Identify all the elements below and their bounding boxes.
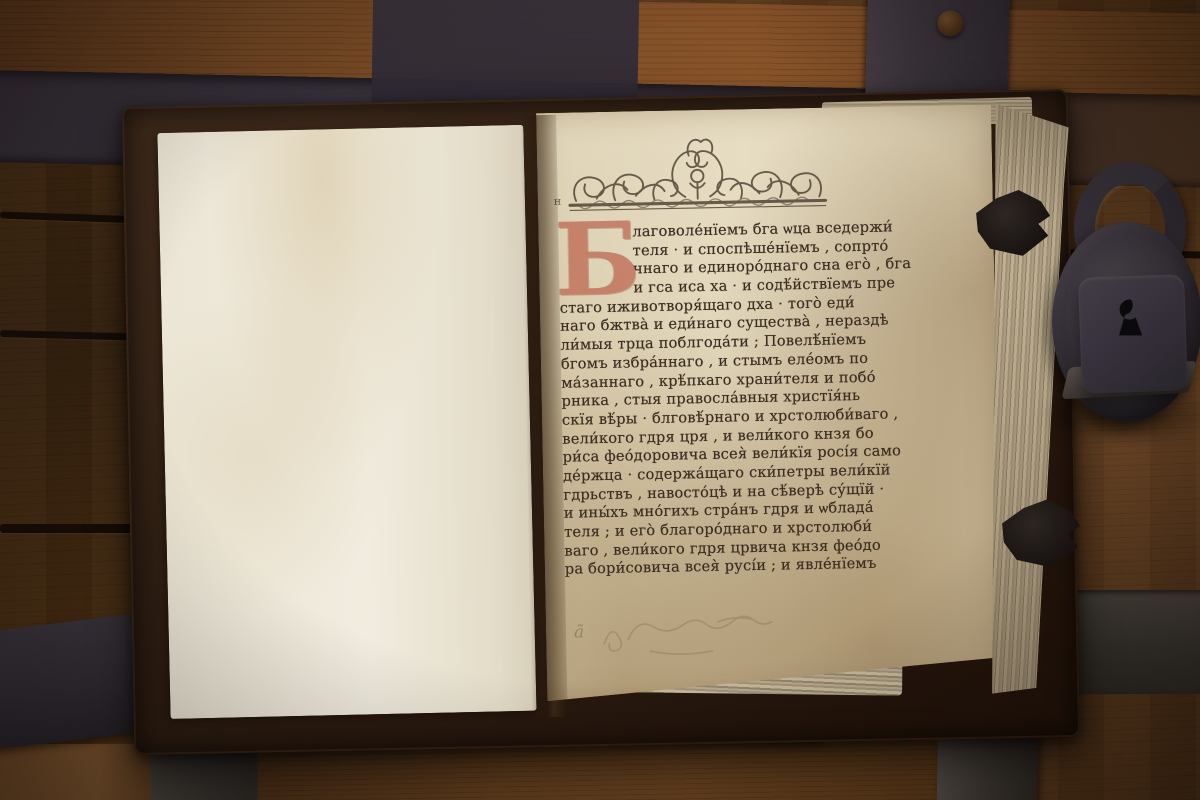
photo-stage: н <box>0 0 1200 800</box>
text-block: лаговоле́нїемъ бга ѡца вседержи́ теля · … <box>558 219 853 580</box>
blank-left-page <box>157 125 536 719</box>
printed-right-page: н <box>536 104 1002 701</box>
handwriting-squiggle <box>590 604 823 662</box>
keyhole <box>1112 296 1152 348</box>
handwritten-char: а̃ <box>574 622 585 642</box>
plank-gap <box>0 524 148 533</box>
open-book: н <box>122 89 1080 755</box>
handwritten-inscription: а̃ <box>574 604 827 665</box>
rivet <box>937 10 964 37</box>
